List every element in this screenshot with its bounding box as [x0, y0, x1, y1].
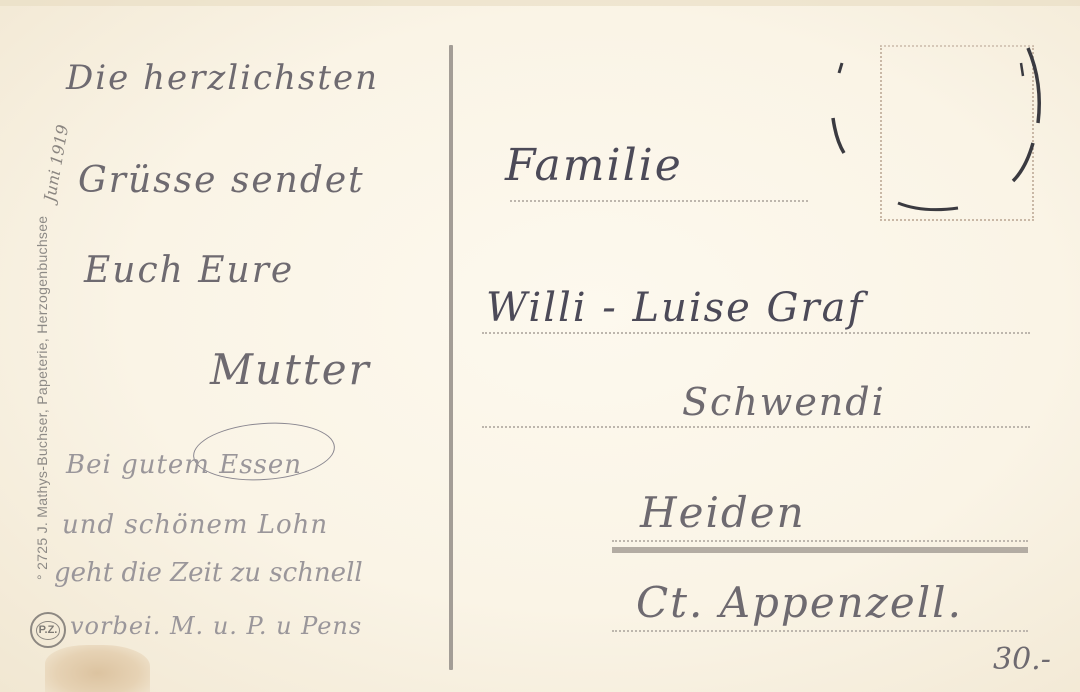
postscript-line-3: geht die Zeit zu schnell: [54, 558, 363, 588]
address-line-2: Willi - Luise Graf: [486, 285, 864, 331]
paper-stain: [45, 645, 150, 692]
message-line-2: Grüsse sendet: [78, 160, 365, 201]
price-note: 30.-: [993, 642, 1051, 677]
address-dotted-line-5: [612, 630, 1028, 632]
address-line-3: Schwendi: [682, 380, 886, 424]
address-dotted-line-2: [482, 332, 1030, 334]
postscript-line-2: und schönem Lohn: [62, 510, 328, 540]
card-edge: [0, 0, 1080, 6]
message-line-3: Euch Eure: [84, 250, 294, 291]
address-line-4: Heiden: [640, 488, 806, 537]
address-dotted-line-1: [510, 200, 808, 202]
postmark-icon: [828, 28, 1050, 218]
postcard-back: ° 2725 J. Mathys-Buchser, Papeterie, Her…: [0, 0, 1080, 692]
postscript-line-4: vorbei. M. u. P. u Pens: [70, 612, 362, 640]
address-thick-rule: [612, 547, 1028, 553]
publisher-logo-icon: P.Z.: [30, 612, 66, 648]
address-dotted-line-4: [612, 540, 1028, 542]
address-line-5: Ct. Appenzell.: [636, 578, 963, 627]
publisher-imprint: ° 2725 J. Mathys-Buchser, Papeterie, Her…: [34, 216, 50, 580]
message-signature: Mutter: [210, 345, 371, 394]
center-divider: [449, 45, 453, 670]
side-pencil-note: Juni 1919: [40, 123, 72, 203]
address-line-1: Familie: [505, 140, 683, 191]
message-line-1: Die herzlichsten: [66, 58, 379, 98]
postscript-line-1: Bei gutem Essen: [66, 450, 302, 480]
address-dotted-line-3: [482, 426, 1030, 428]
